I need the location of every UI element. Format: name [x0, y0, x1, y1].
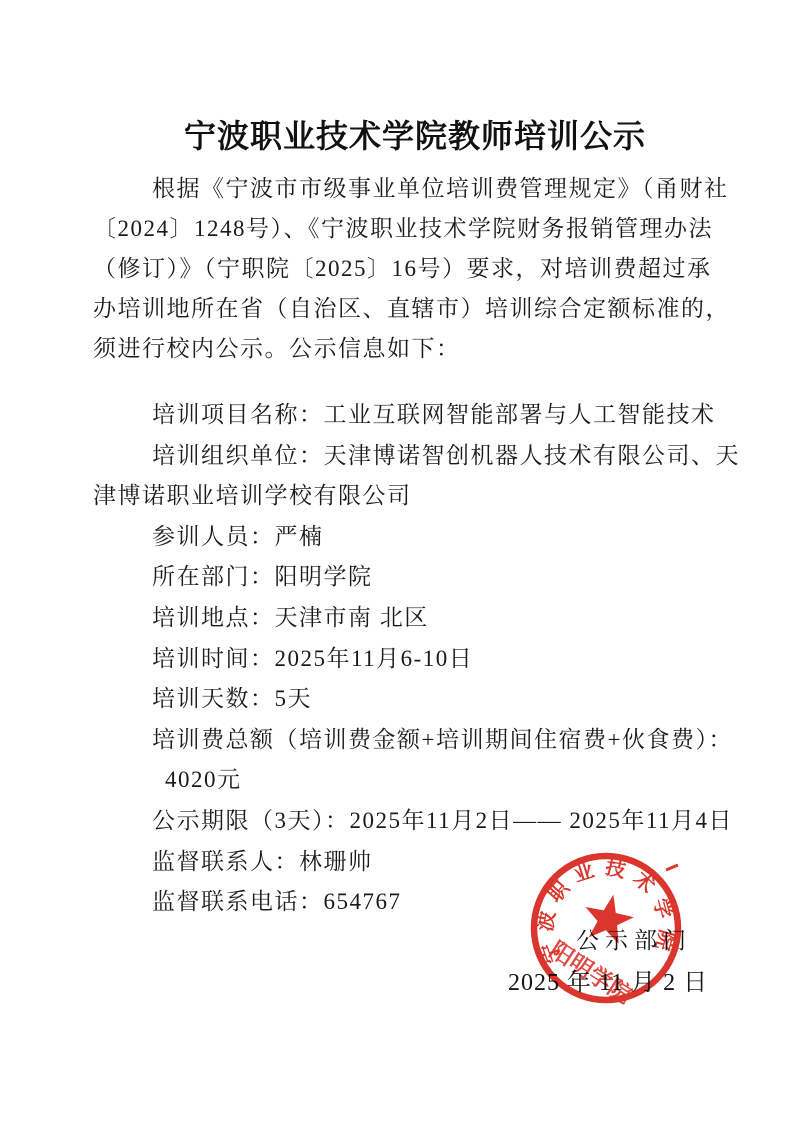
detail-organizer: 培训组织单位：天津博诺智创机器人技术有限公司、天	[93, 436, 693, 477]
detail-participant: 参训人员：严楠	[93, 517, 693, 558]
detail-project-name: 培训项目名称：工业互联网智能部署与人工智能技术	[93, 395, 693, 436]
paragraph-line: （修订）》（宁职院〔2025〕16号）要求，对培训费超过承	[93, 249, 693, 289]
paragraph-line: 办培训地所在省（自治区、直辖市）培训综合定额标准的，	[93, 289, 693, 329]
detail-notice-period: 公示期限（3天）：2025年11月2日—— 2025年11月4日	[93, 801, 693, 842]
detail-organizer-cont: 津博诺职业培训学校有限公司	[93, 476, 693, 517]
detail-department: 所在部门：阳明学院	[93, 557, 693, 598]
seal-ink-smudge	[666, 865, 678, 870]
notice-document: 宁波职业技术学院教师培训公示 根据《宁波市市级事业单位培训费管理规定》（甬财社 …	[0, 0, 799, 1131]
detail-fee-label: 培训费总额（培训费金额+培训期间住宿费+伙食费）：	[93, 720, 693, 761]
detail-time: 培训时间：2025年11月6-10日	[93, 639, 693, 680]
intro-paragraph: 根据《宁波市市级事业单位培训费管理规定》（甬财社 〔2024〕1248号）、《宁…	[93, 169, 693, 369]
detail-fee-amount: 4020元	[93, 760, 693, 801]
official-seal-stamp: 宁波职业技术学院 阳明学院	[521, 843, 691, 1013]
paragraph-line: 须进行校内公示。公示信息如下：	[93, 329, 693, 369]
paragraph-line: 根据《宁波市市级事业单位培训费管理规定》（甬财社	[93, 169, 693, 209]
detail-days: 培训天数：5天	[93, 679, 693, 720]
detail-location: 培训地点：天津市南 北区	[93, 598, 693, 639]
seal-star-icon	[586, 895, 634, 944]
paragraph-line: 〔2024〕1248号）、《宁波职业技术学院财务报销管理办法	[93, 209, 693, 249]
page-title: 宁波职业技术学院教师培训公示	[115, 113, 715, 159]
